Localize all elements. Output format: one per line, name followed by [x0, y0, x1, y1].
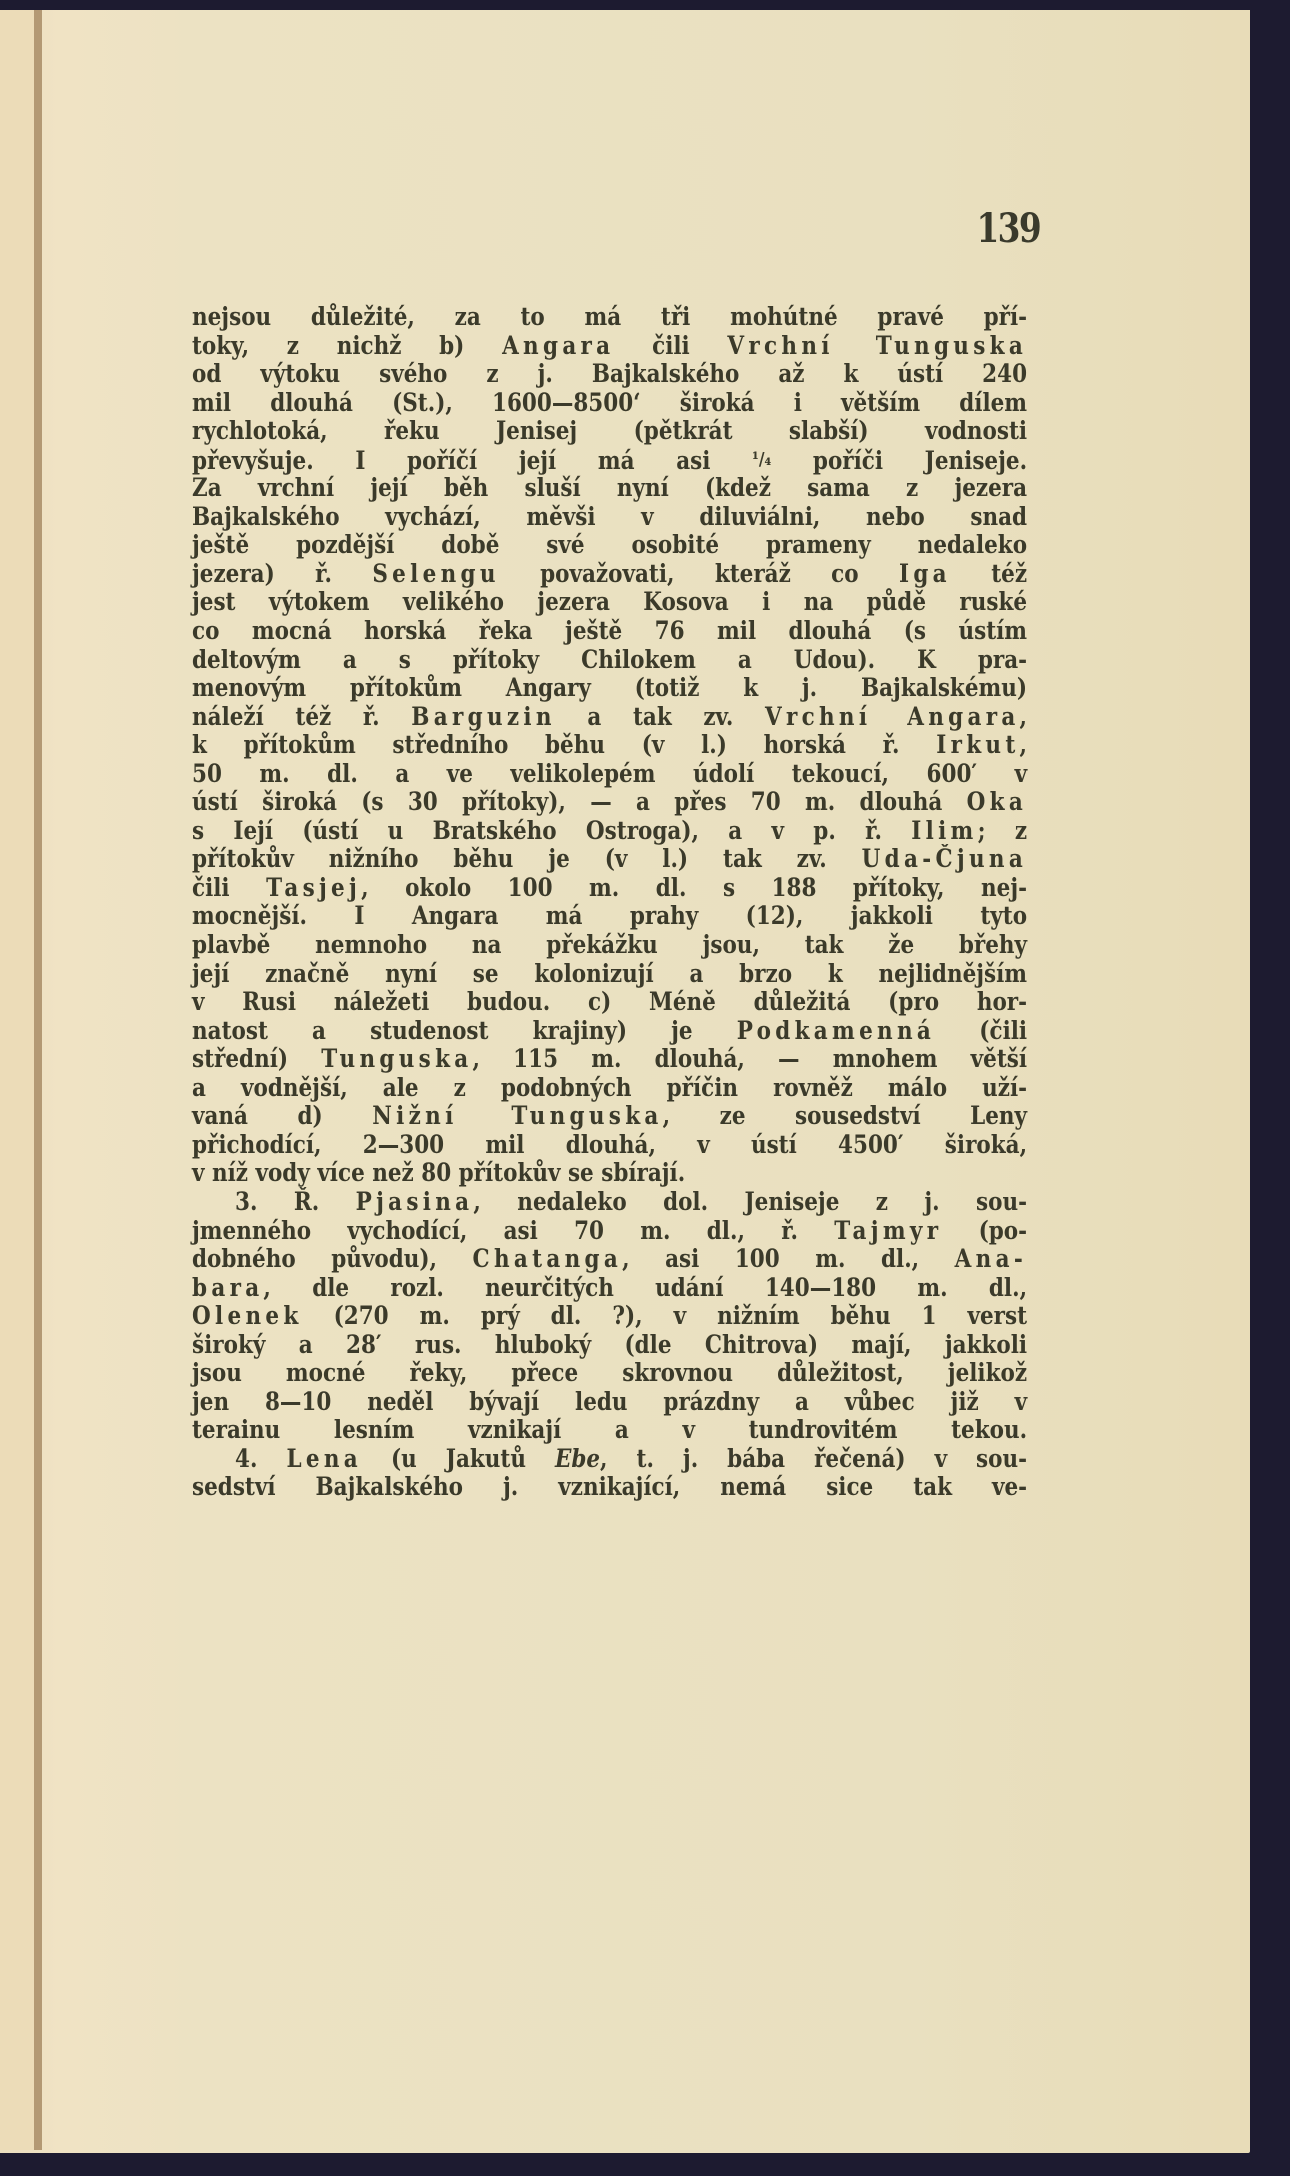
emphasized-term: Angara: [502, 331, 614, 360]
text-line: čili Tasjej, okolo 100 m. dl. s 188 přít…: [192, 874, 1027, 903]
emphasized-term: Tunguska: [321, 1044, 472, 1073]
text-segment: vaná d): [192, 1101, 372, 1130]
text-segment: její značně nyní se kolonizují a brzo k …: [192, 959, 1027, 988]
text-line: jmenného vychodící, asi 70 m. dl., ř. Ta…: [192, 1217, 1027, 1246]
text-line: 3. Ř. Pjasina, nedaleko dol. Jeniseje z …: [192, 1188, 1027, 1217]
text-line: natost a studenost krajiny) je Podkamenn…: [192, 1017, 1027, 1046]
emphasized-term: Pjasina: [356, 1187, 474, 1216]
text-segment: ¹/₄: [752, 449, 771, 470]
emphasized-term: Barguzin: [411, 702, 556, 731]
text-segment: a tak zv.: [556, 702, 765, 731]
text-segment: dobného původu),: [192, 1244, 473, 1273]
text-segment: v níž vody více než 80 přítokův se sbíra…: [192, 1158, 685, 1187]
text-segment: toky, z nichž b): [192, 331, 502, 360]
text-line: toky, z nichž b) Angara čili Vrchní Tung…: [192, 332, 1027, 361]
text-segment: , asi 100 m. dl.,: [622, 1244, 955, 1273]
text-segment: přichodící, 2—300 mil dlouhá, v ústí 450…: [192, 1130, 1027, 1159]
emphasized-term: Irkut: [936, 730, 1019, 759]
text-segment: , nedaleko dol. Jeniseje z j. sou-: [473, 1187, 1027, 1216]
text-line: v níž vody více než 80 přítokův se sbíra…: [192, 1159, 1027, 1188]
text-line: její značně nyní se kolonizují a brzo k …: [192, 960, 1027, 989]
emphasized-term: Chatanga: [473, 1244, 623, 1273]
text-line: 50 m. dl. a ve velikolepém údolí tekoucí…: [192, 760, 1027, 789]
text-line: ústí široká (s 30 přítoky), — a přes 70 …: [192, 788, 1027, 817]
text-segment: ; z: [978, 816, 1027, 845]
text-segment: jezera) ř.: [192, 559, 372, 588]
text-segment: ještě pozdější době své osobité prameny …: [192, 530, 1027, 559]
text-segment: co mocná horská řeka ještě 76 mil dlouhá…: [192, 616, 1027, 645]
text-segment: jmenného vychodící, asi 70 m. dl., ř.: [192, 1216, 834, 1245]
text-segment: náleží též ř.: [192, 702, 411, 731]
text-line: terainu lesním vznikají a v tundrovitém …: [192, 1416, 1027, 1445]
text-segment: (po-: [942, 1216, 1027, 1245]
text-line: Za vrchní její běh sluší nyní (kdež sama…: [192, 474, 1027, 503]
emphasized-term: Uda-Čjuna: [862, 844, 1027, 873]
text-segment: (čili: [935, 1016, 1027, 1045]
text-segment: menovým přítokům Angary (totiž k j. Bajk…: [192, 673, 1027, 702]
text-segment: mil dlouhá (St.), 1600—8500‘ široká i vě…: [192, 388, 1027, 417]
text-line: s Iejí (ústí u Bratského Ostroga), a v p…: [192, 817, 1027, 846]
text-line: Bajkalského vychází, měvši v diluviálni,…: [192, 503, 1027, 532]
text-segment: sedství Bajkalského j. vznikající, nemá …: [192, 1472, 1027, 1501]
text-segment: Bajkalského vychází, měvši v diluviálni,…: [192, 502, 1027, 531]
text-line: střední) Tunguska, 115 m. dlouhá, — mnoh…: [192, 1045, 1027, 1074]
text-segment: ,: [1020, 702, 1027, 731]
text-line: co mocná horská řeka ještě 76 mil dlouhá…: [192, 617, 1027, 646]
text-line: široký a 28′ rus. hluboký (dle Chitrova)…: [192, 1331, 1027, 1360]
text-segment: terainu lesním vznikají a v tundrovitém …: [192, 1415, 1027, 1444]
text-segment: Za vrchní její běh sluší nyní (kdež sama…: [192, 473, 1027, 502]
emphasized-term: Ilim: [911, 816, 977, 845]
text-segment: plavbě nemnoho na překážku jsou, tak že …: [192, 930, 1027, 959]
text-line: bara, dle rozl. neurčitých udání 140—180…: [192, 1274, 1027, 1303]
text-segment: ústí široká (s 30 přítoky), — a přes 70 …: [192, 787, 967, 816]
text-segment: ,: [1020, 730, 1027, 759]
emphasized-term: bara: [192, 1273, 263, 1302]
emphasized-term: Vrchní Tunguska: [727, 331, 1027, 360]
text-segment: jsou mocné řeky, přece skrovnou důležito…: [192, 1358, 1027, 1387]
text-segment: , dle rozl. neurčitých udání 140—180 m. …: [263, 1273, 1027, 1302]
text-segment: deltovým a s přítoky Chilokem a Udou). K…: [192, 645, 1027, 674]
text-segment: Ebe: [555, 1444, 600, 1473]
text-line: mil dlouhá (St.), 1600—8500‘ široká i vě…: [192, 389, 1027, 418]
emphasized-term: Selengu: [372, 559, 499, 588]
text-line: plavbě nemnoho na překážku jsou, tak že …: [192, 931, 1027, 960]
emphasized-term: Tasjej: [266, 873, 361, 902]
text-line: sedství Bajkalského j. vznikající, nemá …: [192, 1473, 1027, 1502]
text-segment: čili: [614, 331, 727, 360]
text-segment: převyšuje. I poříčí její má asi: [192, 446, 752, 475]
emphasized-term: Olenek: [192, 1301, 303, 1330]
text-segment: mocnější. I Angara má prahy (12), jakkol…: [192, 901, 1027, 930]
text-line: ještě pozdější době své osobité prameny …: [192, 531, 1027, 560]
text-line: nejsou důležité, za to má tři mohútné pr…: [192, 303, 1027, 332]
text-segment: jest výtokem velikého jezera Kosova i na…: [192, 587, 1027, 616]
text-segment: poříči Jeniseje.: [771, 446, 1027, 475]
text-segment: nejsou důležité, za to má tři mohútné pr…: [192, 302, 1027, 331]
text-segment: a vodnější, ale z podobných příčin rovně…: [192, 1073, 1027, 1102]
text-segment: , ze sousedství Leny: [663, 1101, 1027, 1130]
text-segment: rychlotoká, řeku Jenisej (pětkrát slabší…: [192, 416, 1027, 445]
text-segment: považovati, kteráž co: [500, 559, 899, 588]
text-segment: , t. j. bába řečená) v sou-: [600, 1444, 1027, 1473]
facing-page-edge: [0, 10, 34, 2150]
text-line: od výtoku svého z j. Bajkalského až k ús…: [192, 360, 1027, 389]
text-line: vaná d) Nižní Tunguska, ze sousedství Le…: [192, 1102, 1027, 1131]
page-number: 139: [974, 205, 1040, 252]
text-segment: od výtoku svého z j. Bajkalského až k ús…: [192, 359, 1027, 388]
text-segment: 3. Ř.: [235, 1187, 356, 1216]
text-segment: čili: [192, 873, 266, 902]
text-line: přichodící, 2—300 mil dlouhá, v ústí 450…: [192, 1131, 1027, 1160]
text-line: přítokův nižního běhu je (v l.) tak zv. …: [192, 845, 1027, 874]
text-line: jezera) ř. Selengu považovati, kteráž co…: [192, 560, 1027, 589]
text-line: menovým přítokům Angary (totiž k j. Bajk…: [192, 674, 1027, 703]
text-line: v Rusi náležeti budou. c) Méně důležitá …: [192, 988, 1027, 1017]
text-line: jen 8—10 neděl bývají ledu prázdny a vůb…: [192, 1388, 1027, 1417]
text-segment: , 115 m. dlouhá, — mnohem větší: [473, 1044, 1028, 1073]
text-segment: široký a 28′ rus. hluboký (dle Chitrova)…: [192, 1330, 1027, 1359]
body-text: nejsou důležité, za to má tři mohútné pr…: [192, 303, 1027, 1502]
text-line: jsou mocné řeky, přece skrovnou důležito…: [192, 1359, 1027, 1388]
text-segment: střední): [192, 1044, 321, 1073]
text-line: mocnější. I Angara má prahy (12), jakkol…: [192, 902, 1027, 931]
emphasized-term: Vrchní Angara: [765, 702, 1020, 731]
text-segment: , okolo 100 m. dl. s 188 přítoky, nej-: [361, 873, 1027, 902]
text-line: rychlotoká, řeku Jenisej (pětkrát slabší…: [192, 417, 1027, 446]
emphasized-term: Nižní Tunguska: [372, 1101, 662, 1130]
text-segment: 50 m. dl. a ve velikolepém údolí tekoucí…: [192, 759, 1027, 788]
emphasized-term: Lena: [286, 1444, 362, 1473]
emphasized-term: Podkamenná: [737, 1016, 935, 1045]
text-segment: 4.: [235, 1444, 286, 1473]
text-segment: natost a studenost krajiny) je: [192, 1016, 737, 1045]
book-spine-line: [34, 10, 42, 2150]
emphasized-term: Ana-: [955, 1244, 1027, 1273]
text-line: k přítokům středního běhu (v l.) horská …: [192, 731, 1027, 760]
text-segment: (u Jakutů: [362, 1444, 555, 1473]
text-segment: (270 m. prý dl. ?), v nižním běhu 1 vers…: [303, 1301, 1027, 1330]
text-line: náleží též ř. Barguzin a tak zv. Vrchní …: [192, 703, 1027, 732]
text-segment: též: [951, 559, 1027, 588]
emphasized-term: Tajmyr: [834, 1216, 942, 1245]
emphasized-term: Oka: [967, 787, 1027, 816]
text-line: 4. Lena (u Jakutů Ebe, t. j. bába řečená…: [192, 1445, 1027, 1474]
text-segment: jen 8—10 neděl bývají ledu prázdny a vůb…: [192, 1387, 1027, 1416]
text-line: jest výtokem velikého jezera Kosova i na…: [192, 588, 1027, 617]
text-line: Olenek (270 m. prý dl. ?), v nižním běhu…: [192, 1302, 1027, 1331]
text-segment: přítokův nižního běhu je (v l.) tak zv.: [192, 844, 862, 873]
text-segment: v Rusi náležeti budou. c) Méně důležitá …: [192, 987, 1027, 1016]
emphasized-term: Iga: [899, 559, 951, 588]
text-line: deltovým a s přítoky Chilokem a Udou). K…: [192, 646, 1027, 675]
text-segment: s Iejí (ústí u Bratského Ostroga), a v p…: [192, 816, 911, 845]
text-line: a vodnější, ale z podobných příčin rovně…: [192, 1074, 1027, 1103]
text-segment: k přítokům středního běhu (v l.) horská …: [192, 730, 936, 759]
text-line: převyšuje. I poříčí její má asi ¹/₄ poří…: [192, 446, 1027, 475]
text-line: dobného původu), Chatanga, asi 100 m. dl…: [192, 1245, 1027, 1274]
